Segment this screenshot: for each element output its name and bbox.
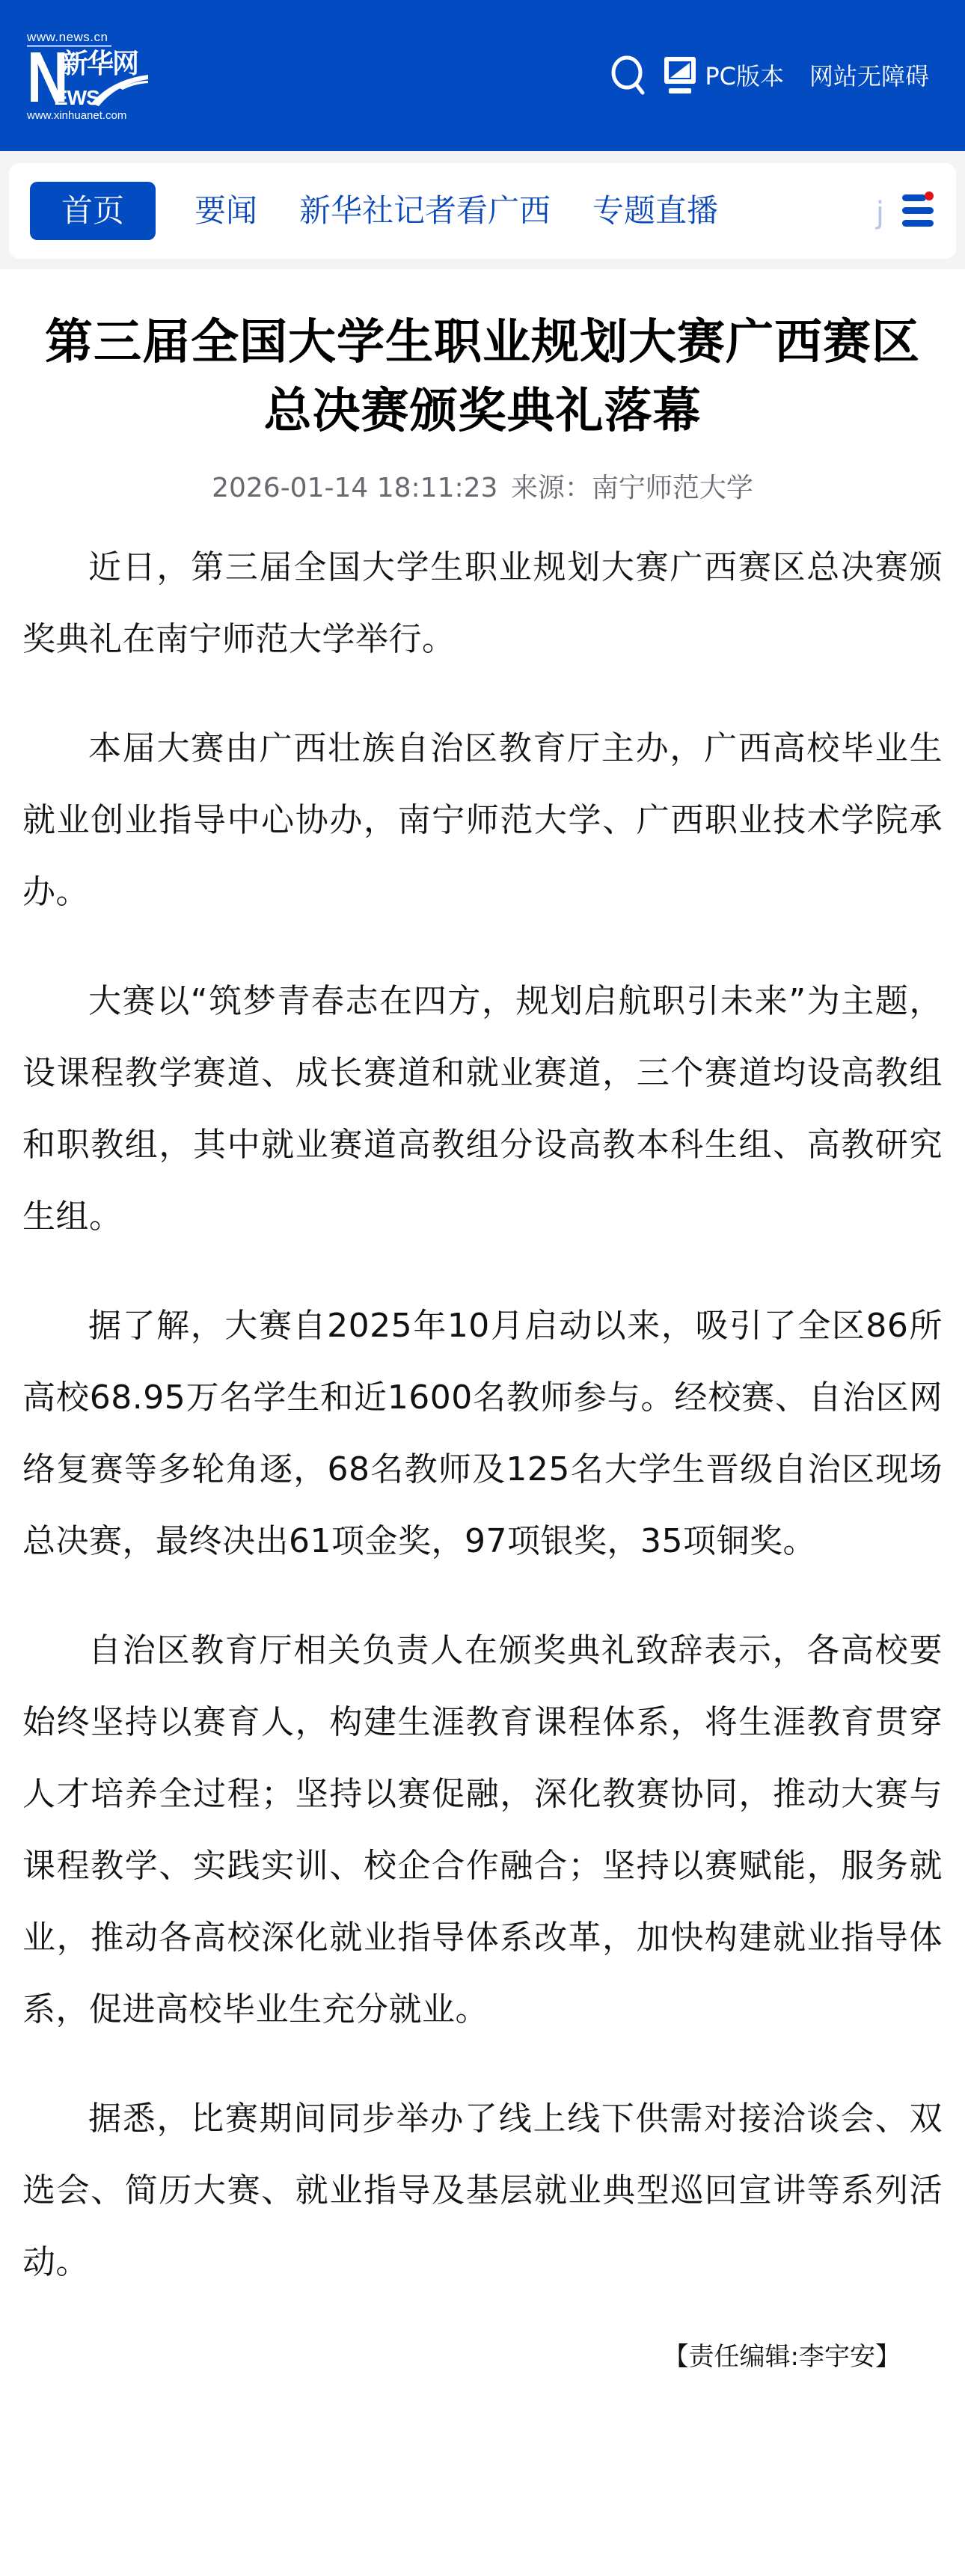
source-name: 南宁师范大学 bbox=[592, 473, 753, 503]
article: 第三届全国大学生职业规划大赛广西赛区总决赛颁奖典礼落幕 2026-01-14 1… bbox=[0, 308, 965, 2402]
paragraph: 据悉，比赛期间同步举办了线上线下供需对接洽谈会、双选会、简历大赛、就业指导及基层… bbox=[22, 2083, 943, 2299]
site-header: www.news.cn N 新华网 EWS www.xinhuanet.com … bbox=[0, 0, 965, 151]
nav-menu-button[interactable] bbox=[899, 191, 934, 229]
search-button[interactable] bbox=[607, 54, 649, 96]
channel-nav: 首页 要闻 新华社记者看广西 专题直播 j bbox=[9, 163, 956, 259]
responsible-editor: 【责任编辑:李宇安】 bbox=[22, 2336, 943, 2402]
logo-url-bottom: www.xinhuanet.com bbox=[27, 109, 126, 122]
publish-date: 2026-01-14 18:11:23 bbox=[212, 473, 497, 503]
logo-swoosh-icon bbox=[90, 73, 150, 106]
channel-nav-wrapper: 首页 要闻 新华社记者看广西 专题直播 j bbox=[0, 151, 965, 269]
pc-version-button[interactable]: PC版本 bbox=[663, 55, 784, 94]
header-actions: PC版本 网站无障碍 bbox=[607, 55, 929, 94]
paragraph: 据了解，大赛自2025年10月启动以来，吸引了全区86所高校68.95万名学生和… bbox=[22, 1290, 943, 1577]
nav-tab-headlines[interactable]: 要闻 bbox=[194, 182, 257, 240]
nav-tab-reporters-guangxi[interactable]: 新华社记者看广西 bbox=[299, 182, 551, 240]
paragraph: 大赛以“筑梦青春志在四方，规划启航职引未来”为主题，设课程教学赛道、成长赛道和就… bbox=[22, 966, 943, 1253]
nav-overflow-glyph: j bbox=[876, 196, 884, 230]
paragraph: 近日，第三届全国大学生职业规划大赛广西赛区总决赛颁奖典礼在南宁师范大学举行。 bbox=[22, 532, 943, 675]
notification-dot bbox=[925, 191, 934, 200]
article-body: 近日，第三届全国大学生职业规划大赛广西赛区总决赛颁奖典礼在南宁师范大学举行。 本… bbox=[22, 532, 943, 2299]
xinhua-logo[interactable]: www.news.cn N 新华网 EWS www.xinhuanet.com bbox=[27, 30, 169, 121]
search-icon bbox=[610, 54, 647, 96]
pc-version-label: PC版本 bbox=[705, 58, 784, 92]
article-title: 第三届全国大学生职业规划大赛广西赛区总决赛颁奖典礼落幕 bbox=[22, 308, 943, 446]
nav-tab-special-live[interactable]: 专题直播 bbox=[592, 182, 718, 240]
monitor-icon bbox=[663, 55, 697, 94]
accessibility-link[interactable]: 网站无障碍 bbox=[809, 58, 929, 92]
paragraph: 自治区教育厅相关负责人在颁奖典礼致辞表示，各高校要始终坚持以赛育人，构建生涯教育… bbox=[22, 1615, 943, 2046]
paragraph: 本届大赛由广西壮族自治区教育厅主办，广西高校毕业生就业创业指导中心协办，南宁师范… bbox=[22, 713, 943, 928]
nav-tab-home[interactable]: 首页 bbox=[30, 182, 156, 240]
article-meta: 2026-01-14 18:11:23 来源：南宁师范大学 bbox=[22, 467, 943, 505]
source-label: 来源： bbox=[511, 473, 592, 503]
